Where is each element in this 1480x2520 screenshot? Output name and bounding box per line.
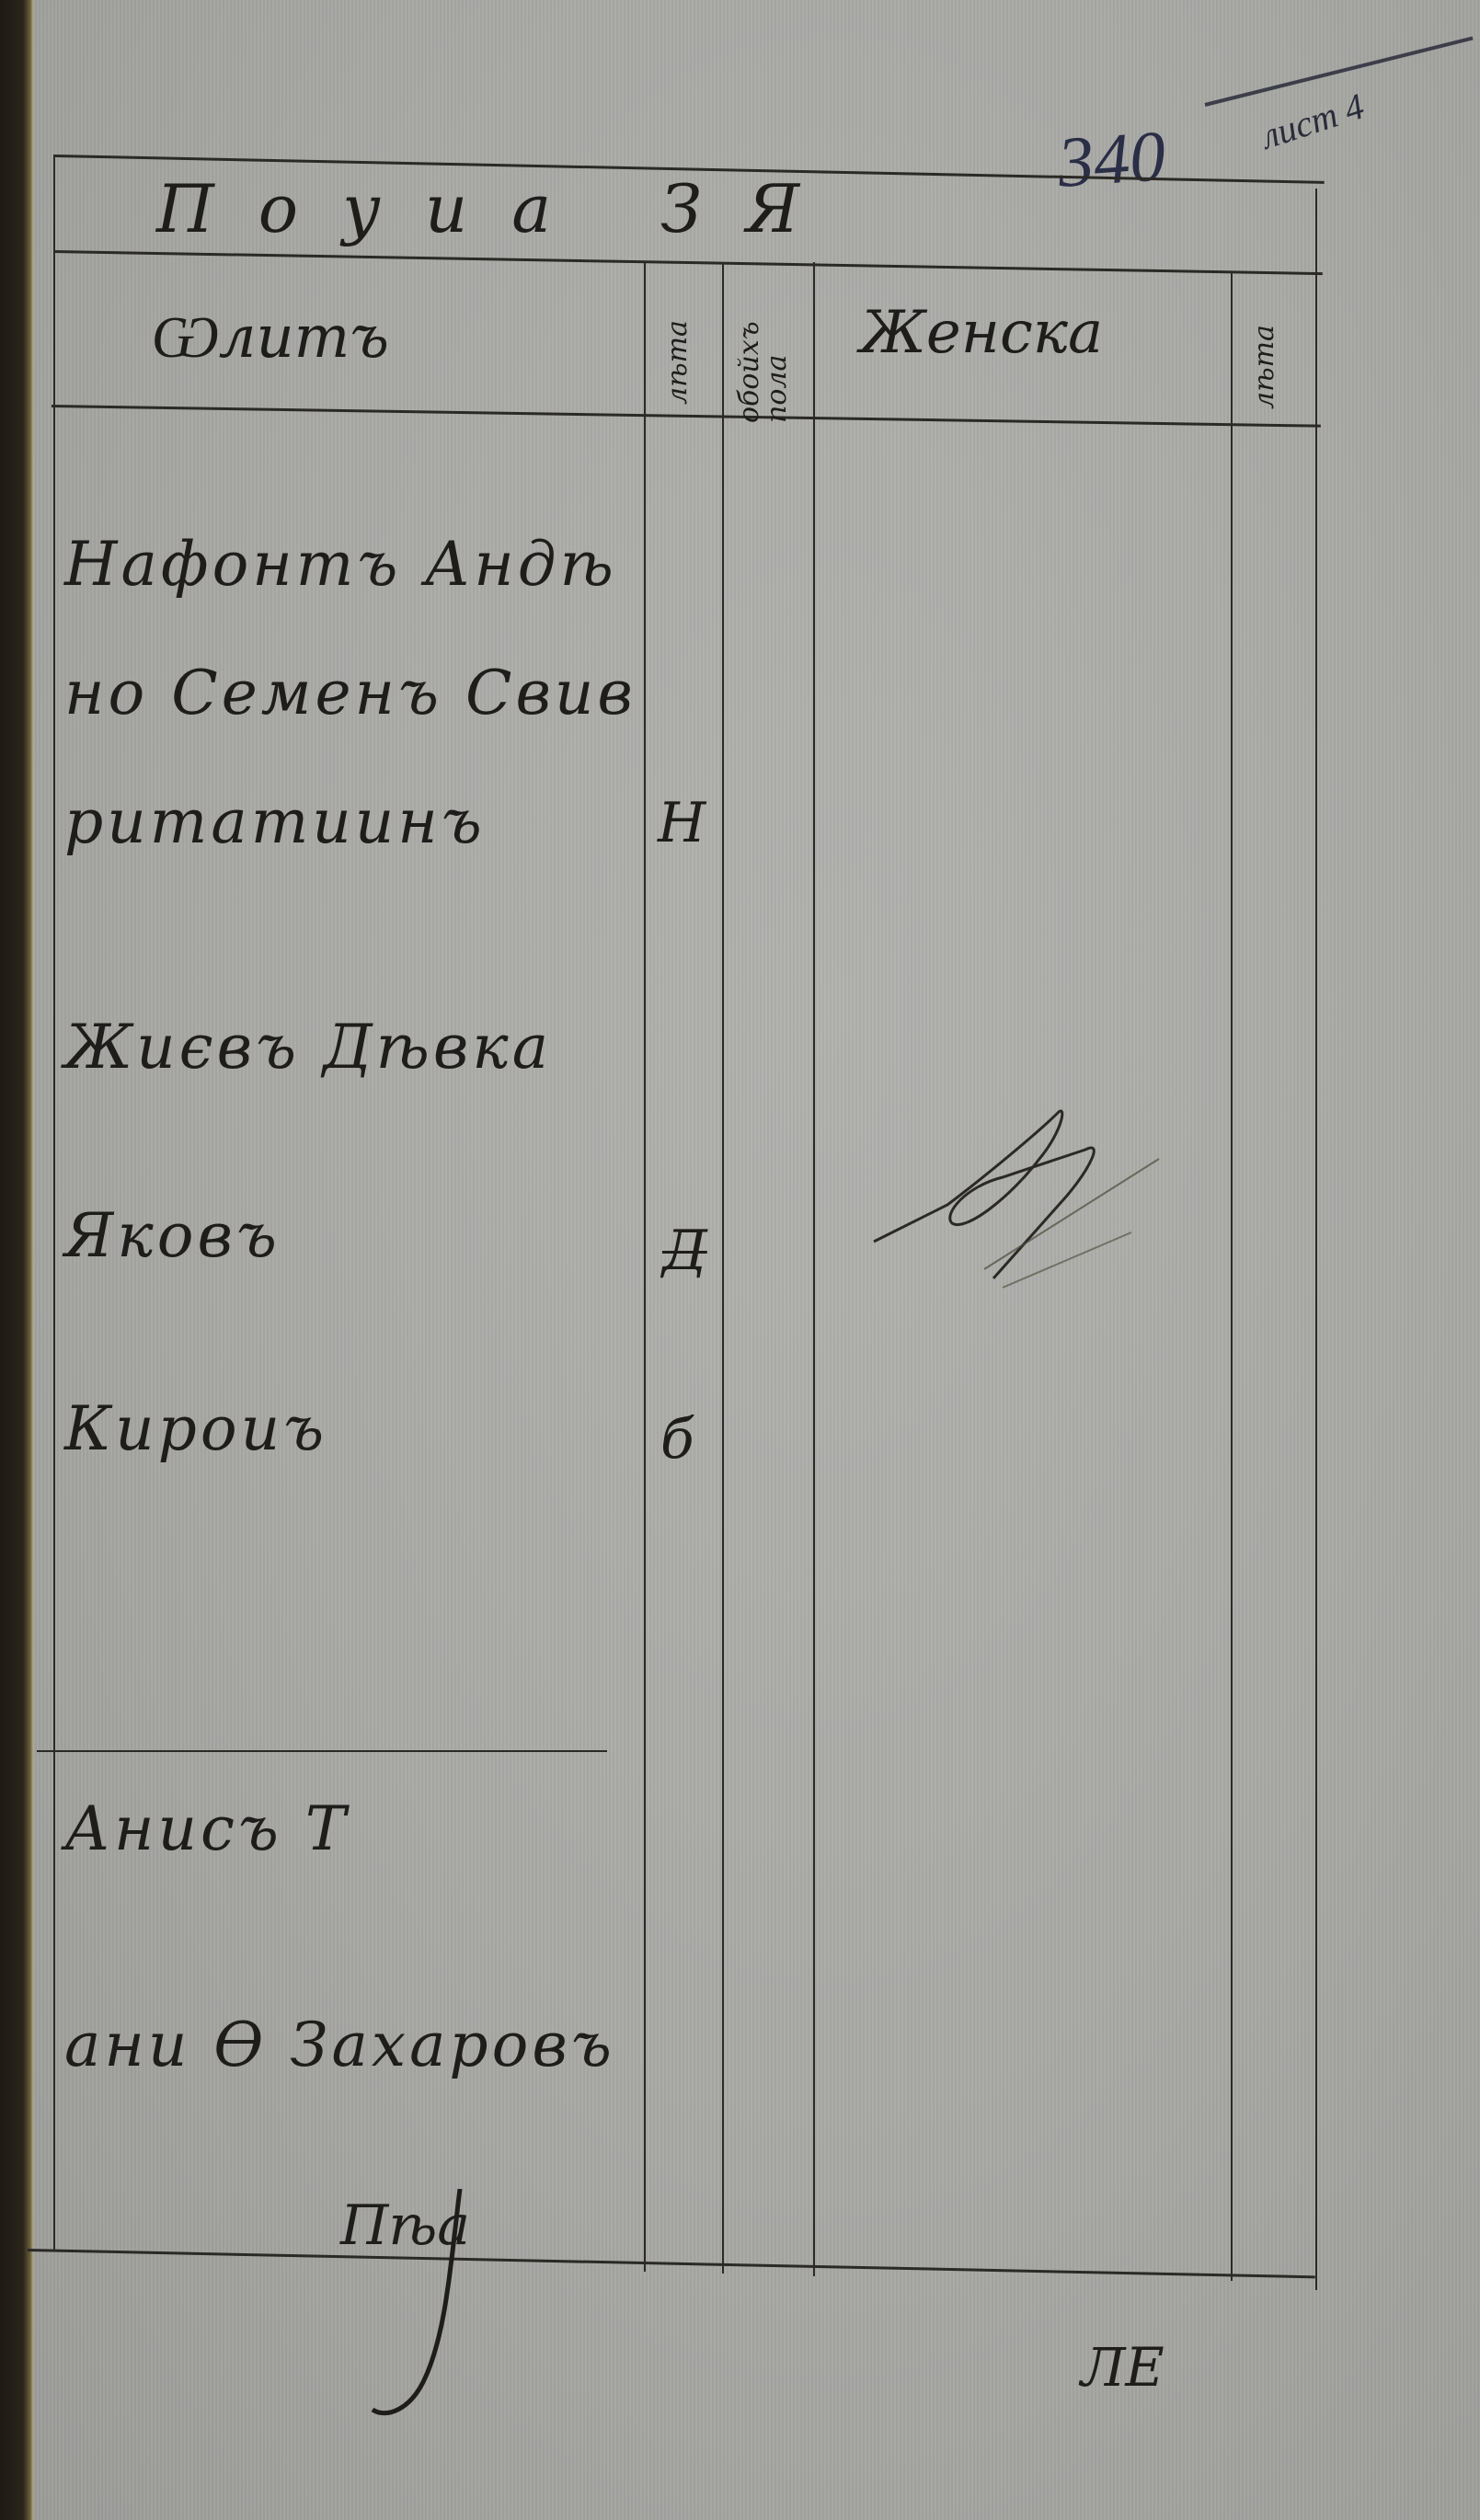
entry-separator (37, 1750, 607, 1752)
col-divider-4 (1231, 271, 1233, 2281)
book-binding-edge (0, 0, 33, 2520)
entry-name-line: Жиєвъ Дѣвка (64, 1012, 552, 1082)
col-divider-2 (722, 262, 724, 2274)
entry-name-line: Анисъ Т (64, 1793, 350, 1864)
page-number: 340 (1055, 114, 1168, 204)
column-header-male-age: лѣта (664, 276, 692, 405)
column-header-female: Женска (860, 299, 1103, 367)
catchword-descender-flourish (359, 2189, 488, 2428)
entry-name-line: но Семенъ Свив (64, 658, 637, 728)
entry-name-line: ритатиинъ (64, 786, 486, 857)
entry-name-line: Нафонтъ Андѣ (64, 529, 617, 600)
column-header-female-age: лѣта (1251, 281, 1279, 409)
column-header-departed: обойхъ пола (736, 267, 791, 423)
col-divider-1 (644, 262, 646, 2272)
column-header-male: Ѡлитъ (152, 304, 389, 372)
sheet-signature: ЛЕ (1081, 2336, 1164, 2399)
col-divider-3 (813, 262, 815, 2276)
entry-name-line: Яковъ (64, 1200, 281, 1271)
male-age-value-struck: Д (662, 1219, 707, 1283)
page-heading: Поуиа ЗЯ (156, 170, 843, 247)
male-age-value: Н (658, 791, 706, 855)
entry-name-line: Кироиъ (64, 1393, 327, 1464)
signature-flourish (855, 1094, 1168, 1297)
right-border (1315, 189, 1317, 2290)
entry-name-line: ани Ѳ Захаровъ (64, 2010, 615, 2080)
left-border (53, 155, 55, 2251)
male-age-value: б (660, 1407, 694, 1472)
